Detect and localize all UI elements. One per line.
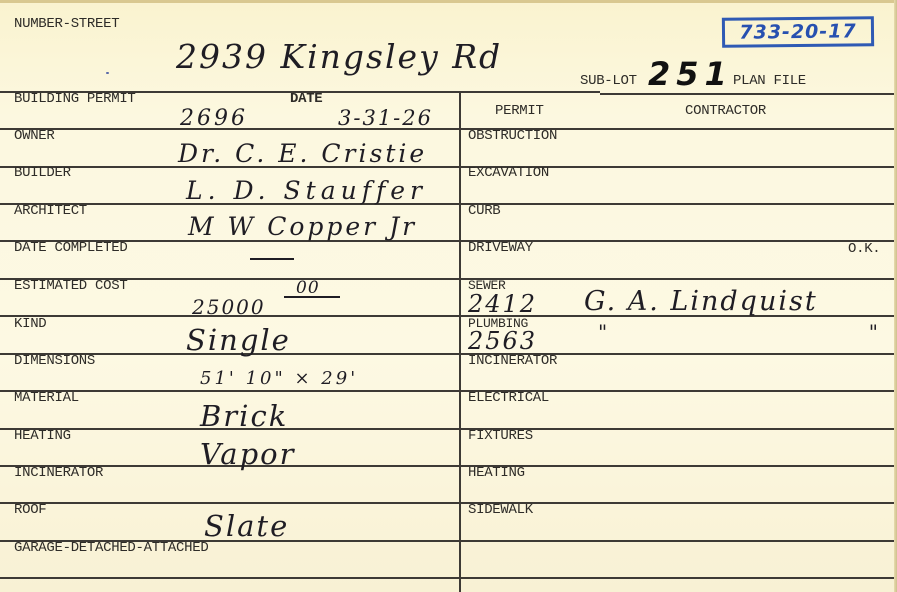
rule-line — [0, 166, 894, 168]
rule-line — [0, 465, 894, 467]
dimensions-value: 51' 10" × 29' — [200, 370, 358, 388]
kind-label: KIND — [14, 317, 46, 331]
incinerator-permit-label: INCINERATOR — [468, 354, 557, 368]
sidewalk-label: SIDEWALK — [468, 503, 533, 517]
permit-date-value: 3-31-26 — [338, 108, 433, 129]
owner-value: Dr. C. E. Cristie — [178, 141, 427, 166]
date-label: DATE — [290, 92, 322, 106]
plumbing-contractor-value: " " — [598, 322, 896, 342]
roof-value: Slate — [204, 512, 289, 541]
ink-speck — [106, 72, 109, 74]
plumbing-permit-value: 2563 — [468, 329, 537, 353]
heating-value: Vapor — [200, 440, 295, 469]
material-label: MATERIAL — [14, 391, 79, 405]
rule-line — [0, 577, 894, 579]
rule-line — [0, 203, 894, 205]
building-permit-value: 2696 — [180, 108, 248, 130]
material-value: Brick — [200, 402, 288, 431]
roof-label: ROOF — [14, 503, 46, 517]
driveway-note: O.K. — [848, 242, 880, 256]
excavation-label: EXCAVATION — [468, 166, 549, 180]
builder-label: BUILDER — [14, 166, 71, 180]
builder-value: L. D. Stauffer — [186, 178, 427, 203]
incinerator-label: INCINERATOR — [14, 466, 103, 480]
rule-line — [0, 390, 894, 392]
rule-line — [0, 128, 894, 130]
number-street-label: NUMBER-STREET — [14, 17, 119, 31]
date-completed-dash — [250, 258, 294, 260]
column-divider — [459, 91, 461, 592]
obstruction-label: OBSTRUCTION — [468, 129, 557, 143]
plan-file-label: PLAN FILE — [733, 74, 806, 88]
rule-line — [0, 502, 894, 504]
card-top-edge — [0, 0, 897, 3]
curb-label: CURB — [468, 204, 500, 218]
driveway-label: DRIVEWAY — [468, 241, 533, 255]
estimated-cost-label: ESTIMATED COST — [14, 279, 127, 293]
kind-value: Single — [186, 326, 291, 355]
sewer-permit-value: 2412 — [468, 292, 537, 316]
dimensions-label: DIMENSIONS — [14, 354, 95, 368]
estimated-cost-value: 25000 — [192, 297, 266, 317]
estimated-cost-cents: 00 — [296, 280, 320, 297]
building-permit-label: BUILDING PERMIT — [14, 92, 136, 106]
electrical-label: ELECTRICAL — [468, 391, 549, 405]
rule-line — [0, 428, 894, 430]
sub-lot-value: 251 — [648, 58, 733, 90]
cents-underline — [284, 296, 340, 298]
owner-label: OWNER — [14, 129, 55, 143]
date-completed-label: DATE COMPLETED — [14, 241, 127, 255]
fixtures-label: FIXTURES — [468, 429, 533, 443]
number-street-value: 2939 Kingsley Rd — [176, 40, 502, 73]
rule-line — [600, 93, 894, 95]
heating-permit-label: HEATING — [468, 466, 525, 480]
rule-line — [0, 240, 894, 242]
contractor-column-header: CONTRACTOR — [685, 104, 766, 118]
architect-label: ARCHITECT — [14, 204, 87, 218]
sub-lot-label: SUB-LOT — [580, 74, 637, 88]
heating-label: HEATING — [14, 429, 71, 443]
rule-line — [0, 278, 894, 280]
sewer-contractor-value: G. A. Lindquist — [584, 288, 818, 315]
architect-value: M W Copper Jr — [188, 214, 417, 239]
rule-line — [0, 353, 894, 355]
permit-column-header: PERMIT — [495, 104, 544, 118]
building-permit-card: NUMBER-STREET 2939 Kingsley Rd 733-20-17… — [0, 0, 897, 592]
file-number-stamp: 733-20-17 — [722, 16, 874, 48]
garage-label: GARAGE-DETACHED-ATTACHED — [14, 541, 208, 555]
